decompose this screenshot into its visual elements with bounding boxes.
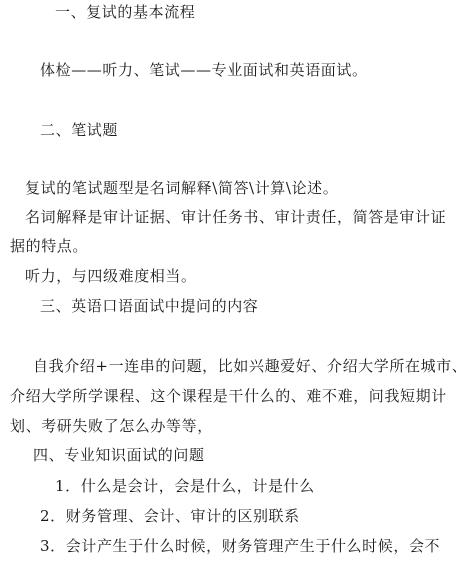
section-heading-1: 一、复试的基本流程 bbox=[55, 2, 195, 22]
paragraph: 划、考研失败了怎么办等等， bbox=[10, 416, 213, 436]
list-item: 2．财务管理、会计、审计的区别联系 bbox=[40, 506, 300, 526]
section-heading-2: 二、笔试题 bbox=[40, 120, 118, 140]
list-item: 3．会计产生于什么时候，财务管理产生于什么时候，会不 bbox=[40, 536, 440, 556]
list-item: 1．什么是会计，会是什么，计是什么 bbox=[55, 476, 315, 496]
paragraph: 复试的笔试题型是名词解释\简答\计算\论述。 bbox=[25, 178, 338, 198]
section-1-body: 体检——听力、笔试——专业面试和英语面试。 bbox=[40, 60, 368, 80]
paragraph: 听力，与四级难度相当。 bbox=[25, 266, 197, 286]
paragraph: 据的特点。 bbox=[10, 236, 88, 256]
section-heading-4: 四、专业知识面试的问题 bbox=[33, 445, 205, 465]
paragraph: 介绍大学所学课程、这个课程是干什么的、难不难，问我短期计 bbox=[10, 386, 447, 406]
paragraph: 自我介绍+一连串的问题，比如兴趣爱好、介绍大学所在城市、 bbox=[33, 356, 462, 376]
section-heading-3: 三、英语口语面试中提问的内容 bbox=[40, 296, 258, 316]
paragraph: 名词解释是审计证据、审计任务书、审计责任，简答是审计证 bbox=[25, 207, 446, 227]
